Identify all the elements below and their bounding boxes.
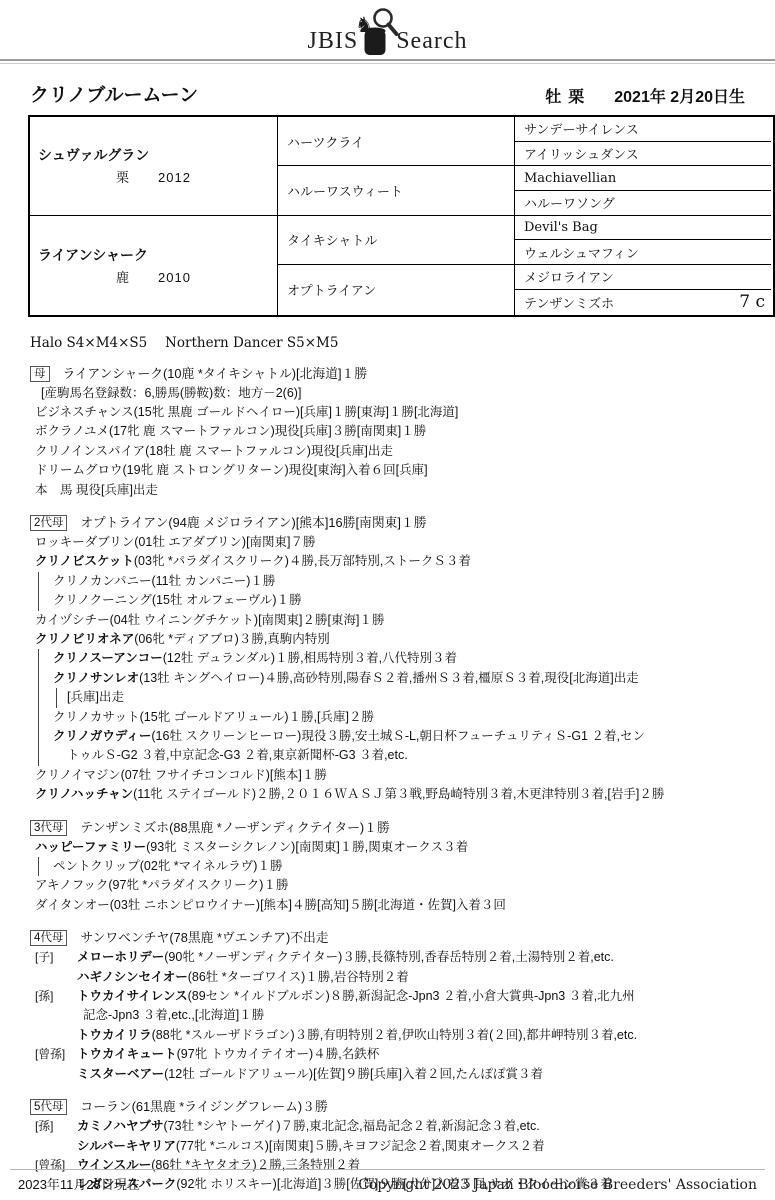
horse-name-bold: シルバーキヤリア [77,1139,176,1153]
line-text: (89セン *イルドブルボン)８勝,新潟記念-Jpn3 ２着,小倉大賞典-Jpn… [188,989,635,1003]
tree-branch-bar [38,669,39,688]
pedigree-cell-sire-sire: ハーツクライ [278,117,515,166]
pedigree-table: シュヴァルグラン 栗 2012 ハーツクライ サンデーサイレンス アイリッシュダ… [28,115,775,317]
horse-name-bold: クリノスーアンコー [53,651,163,665]
horse-birthdate: 2021年 2月20日生 [614,84,745,107]
family-line: [曾孫]トウカイキュート(97牝 トウカイテイオー)４勝,名鉄杯 [30,1045,750,1064]
pedigree-cell: ハルーワソング [515,191,771,216]
relation-label: [孫] [35,987,77,1006]
line-text: ダイタンオー(03牡 ニホンピロウイナー)[熊本]４勝[高知]５勝[北海道・佐賀… [35,898,506,912]
line-text: (06牝 *ディアブロ)３勝,真駒内特別 [134,632,330,646]
jbis-logo-horse-magnifier-icon: ♞ [354,7,400,59]
line-text: カイヅシチー(04牡 ウイニングチケット)[南関東]２勝[東海]１勝 [35,613,384,627]
section-head: 2代母オプトライアン(94鹿 メジロライアン)[熊本]16勝[南関東]１勝 [30,513,750,533]
ancestor-name-line: ライアンシャーク(10鹿 *タイキシャトル)[北海道]１勝 [63,366,368,381]
line-text: 本 馬 現役[兵庫]出走 [35,483,158,497]
section-head: 3代母テンザンミズホ(88黒鹿 *ノーザンディクテイター)１勝 [30,818,750,838]
line-text: 記念-Jpn3 ３着,etc.,[北海道]１勝 [83,1008,264,1022]
line-text: (77牝 *ニルコス)[南関東]５勝,キヨフジ記念２着,関東オークス２着 [176,1139,545,1153]
horse-name-bold: クリノサンレオ [53,671,139,685]
family-line: クリノガウディー(16牡 スクリーンヒーロー)現役３勝,安土城Ｓ-L,朝日杯フュ… [30,727,750,746]
pedigree-sire-cell: シュヴァルグラン 栗 2012 [30,117,278,216]
family-line: トゥルＳ-G2 ３着,中京記念-G3 ２着,東京新聞杯-G3 ３着,etc. [30,746,750,765]
footer-divider [10,1169,765,1170]
tree-branch-bar [38,572,39,591]
pedigree-cell-family-number: テンザンミズホ 7 c [515,290,771,315]
tree-branch-bar [56,688,57,707]
tree-branch-bar [38,591,39,610]
line-text: ボクラノユメ(17牝 鹿 スマートファルコン)現役[兵庫]３勝[南関東]１勝 [35,424,426,438]
family-line: [孫]トウカイサイレンス(89セン *イルドブルボン)８勝,新潟記念-Jpn3 … [30,987,750,1006]
horse-name-bold: トウカイサイレンス [77,989,188,1003]
family-line: カイヅシチー(04牡 ウイニングチケット)[南関東]２勝[東海]１勝 [30,611,750,630]
line-text: (97牝 トウカイテイオー)４勝,名鉄杯 [177,1047,380,1061]
line-text: (86牡 *ターゴワイス)１勝,岩谷特別２着 [188,970,409,984]
line-text: ドリームグロウ(19牝 鹿 ストロングリターン)現役[東海]入着６回[兵庫] [35,463,428,477]
pedigree-dam-cell: ライアンシャーク 鹿 2010 [30,216,278,315]
relation-label: [曾孫] [35,1156,77,1175]
family-line: クリノカンパニー(11牡 カンパニー)１勝 [30,572,750,591]
family-line: [曾孫]ウインスルー(86牡 *キヤタオラ)２勝,三条特別２着 [30,1156,750,1175]
sire-name: シュヴァルグラン [30,145,277,165]
horse-name-bold: クリノビリオネア [35,632,134,646]
line-text: クリノクーニング(15牡 オルフェーヴル)１勝 [53,593,302,607]
header-divider [0,59,775,64]
pedigree-cell: Devil's Bag [515,216,771,241]
family-line: 本 馬 現役[兵庫]出走 [30,481,750,500]
line-text: ロッキーダブリン(01牡 エアダブリン)[南関東]７勝 [35,535,316,549]
horse-name-bold: カミノハヤブサ [77,1119,164,1133]
horse-coat: 栗 [568,84,584,107]
relation-label: [曾孫] [35,1045,77,1064]
horse-name-bold: トウカイリラ [77,1028,152,1042]
horse-name-bold: クリノガウディー [53,729,151,743]
line-text: (16牡 スクリーンヒーロー)現役３勝,安土城Ｓ-L,朝日杯フューチュリティＳ-… [151,729,645,743]
horse-name-bold: ハッピーファミリー [35,840,146,854]
footer-as-of-date: 2023年11月28日現在 [18,1174,140,1193]
family-section: 3代母テンザンミズホ(88黒鹿 *ノーザンディクテイター)１勝ハッピーファミリー… [30,818,750,916]
line-text: (73牡 *シヤトーゲイ)７勝,東北記念,福島記念２着,新潟記念３着,etc. [164,1119,540,1133]
jbis-logo: JBIS ♞ Search [0,0,775,57]
dam-coat-year: 鹿 2010 [30,267,277,286]
generation-label: 5代母 [30,1099,67,1115]
line-text: [産駒馬名登録数：6,勝馬(勝鞍)数：地方－2(6)] [41,386,301,400]
pedigree-cell: サンデーサイレンス [515,117,771,142]
tree-branch-bar [38,746,39,765]
relation-label: [孫] [35,1117,77,1136]
family-line: クリノハッチャン(11牝 ステイゴールド)２勝,２０１６ＷＡＳＪ第３戦,野島崎特… [30,785,750,804]
family-line: クリノクーニング(15牡 オルフェーヴル)１勝 [30,591,750,610]
tree-branch-bar [38,727,39,746]
family-section: 4代母サンワベンチヤ(78黒鹿 *ヴエンチア)不出走[子]メローホリデー(90牝… [30,928,750,1084]
ancestor-name-line: テンザンミズホ(88黒鹿 *ノーザンディクテイター)１勝 [80,820,389,835]
horse-name-bold: トウカイキュート [77,1047,177,1061]
family-line: ミスターベアー(12牡 ゴールドアリュール)[佐賀]９勝[兵庫]入着２回,たんぽ… [30,1065,750,1084]
pedigree-cell-dam-dam: オプトライアン [278,265,515,314]
line-text: クリノカンパニー(11牡 カンパニー)１勝 [53,574,275,588]
horse-name-bold: クリノビスケット [35,554,134,568]
generation-label: 母 [30,366,50,382]
generation-label: 4代母 [30,930,67,946]
family-line: クリノイマジン(07牡 フサイチコンコルド)[熊本]１勝 [30,766,750,785]
page-title-horse-name: クリノブルームーン [30,80,198,107]
pedigree-cell: アイリッシュダンス [515,142,771,167]
generation-label: 2代母 [30,515,67,531]
family-line: ビジネスチャンス(15牝 黒鹿 ゴールドヘイロー)[兵庫]１勝[東海]１勝[北海… [30,403,750,422]
family-line: ボクラノユメ(17牝 鹿 スマートファルコン)現役[兵庫]３勝[南関東]１勝 [30,422,750,441]
family-line: クリノインスパイア(18牡 鹿 スマートファルコン)現役[兵庫]出走 [30,442,750,461]
family-line: クリノビリオネア(06牝 *ディアブロ)３勝,真駒内特別 [30,630,750,649]
family-line: クリノサンレオ(13牡 キングヘイロー)４勝,高砂特別,陽春Ｓ２着,播州Ｓ３着,… [30,669,750,688]
line-text: (88牝 *スルーザドラゴン)３勝,有明特別２着,伊吹山特別３着(２回),都井岬… [152,1028,637,1042]
family-line: ドリームグロウ(19牝 鹿 ストロングリターン)現役[東海]入着６回[兵庫] [30,461,750,480]
horse-profile: 牡 栗 2021年 2月20日生 [545,84,745,107]
family-line: シルバーキヤリア(77牝 *ニルコス)[南関東]５勝,キヨフジ記念２着,関東オー… [30,1137,750,1156]
line-text: アキノフック(97牝 *パラダイスクリーク)１勝 [35,878,288,892]
line-text: (93牝 ミスターシクレノン)[南関東]１勝,関東オークス３着 [146,840,468,854]
family-line: クリノビスケット(03牝 *パラダイスクリーク)４勝,長万部特別,ストークＳ３着 [30,552,750,571]
pedigree-cell: ウェルシュマフィン [515,240,771,265]
inbreeding-line: Halo S4×M4×S5 Northern Dancer S5×M5 [30,331,745,351]
family-line: ペントクリップ(02牝 *マイネルラヴ)１勝 [30,857,750,876]
family-number: 7 c [739,292,765,312]
ancestor-name-line: オプトライアン(94鹿 メジロライアン)[熊本]16勝[南関東]１勝 [80,515,426,530]
pedigree-cell-sire-dam: ハルーワスウィート [278,166,515,215]
family-line: ハッピーファミリー(93牝 ミスターシクレノン)[南関東]１勝,関東オークス３着 [30,838,750,857]
tree-branch-bar [38,688,39,707]
family-line: [孫]カミノハヤブサ(73牡 *シヤトーゲイ)７勝,東北記念,福島記念２着,新潟… [30,1117,750,1136]
family-sections: 母ライアンシャーク(10鹿 *タイキシャトル)[北海道]１勝[産駒馬名登録数：6… [30,364,750,1195]
family-line: クリノスーアンコー(12牡 デュランダル)１勝,相馬特別３着,八代特別３着 [30,649,750,668]
horse-name-bold: クリノハッチャン [35,787,133,801]
family-section: 母ライアンシャーク(10鹿 *タイキシャトル)[北海道]１勝[産駒馬名登録数：6… [30,364,750,500]
pedigree-cell: Machiavellian [515,166,771,191]
family-line: トウカイリラ(88牝 *スルーザドラゴン)３勝,有明特別２着,伊吹山特別３着(２… [30,1026,750,1045]
tree-branch-bar [38,708,39,727]
line-text: (90牝 *ノーザンディクテイター)３勝,長篠特別,香春岳特別２着,土湯特別２着… [164,950,614,964]
sire-coat-year: 栗 2012 [30,167,277,186]
footer-copyright: Copyright 2023 Japan Bloodhorse Breeders… [358,1177,757,1193]
line-text: (12牡 デュランダル)１勝,相馬特別３着,八代特別３着 [163,651,457,665]
jbis-logo-text-right: Search [396,29,467,57]
family-line: アキノフック(97牝 *パラダイスクリーク)１勝 [30,876,750,895]
line-text: ビジネスチャンス(15牝 黒鹿 ゴールドヘイロー)[兵庫]１勝[東海]１勝[北海… [35,405,458,419]
ancestor-name-line: サンワベンチヤ(78黒鹿 *ヴエンチア)不出走 [80,930,328,945]
section-head: 母ライアンシャーク(10鹿 *タイキシャトル)[北海道]１勝 [30,364,750,384]
tree-branch-bar [38,649,39,668]
family-line: [産駒馬名登録数：6,勝馬(勝鞍)数：地方－2(6)] [30,384,750,403]
family-line: ロッキーダブリン(01牡 エアダブリン)[南関東]７勝 [30,533,750,552]
horse-name-bold: ミスターベアー [77,1067,164,1081]
family-line: ハギノシンセイオー(86牡 *ターゴワイス)１勝,岩谷特別２着 [30,968,750,987]
footer: 2023年11月28日現在 Copyright 2023 Japan Blood… [18,1174,757,1193]
tree-branch-bar [38,857,39,876]
line-text: (11牝 ステイゴールド)２勝,２０１６ＷＡＳＪ第３戦,野島崎特別３着,木更津特… [133,787,664,801]
family-line: [兵庫]出走 [30,688,750,707]
line-text: (13牡 キングヘイロー)４勝,高砂特別,陽春Ｓ２着,播州Ｓ３着,橿原Ｓ３着,現… [139,671,639,685]
line-text: (12牡 ゴールドアリュール)[佐賀]９勝[兵庫]入着２回,たんぽぽ賞３着 [164,1067,543,1081]
jbis-logo-text-left: JBIS [308,29,359,57]
ancestor-name-line: コーラン(61黒鹿 *ライジングフレーム)３勝 [80,1099,327,1114]
horse-name-bold: メローホリデー [77,950,164,964]
generation-label: 3代母 [30,820,67,836]
horse-name-bold: ハギノシンセイオー [77,970,188,984]
line-text: ペントクリップ(02牝 *マイネルラヴ)１勝 [53,859,282,873]
horse-sex: 牡 [545,84,561,107]
line-text: クリノカサット(15牝 ゴールドアリュール)１勝,[兵庫]２勝 [53,710,374,724]
family-line: クリノカサット(15牝 ゴールドアリュール)１勝,[兵庫]２勝 [30,708,750,727]
relation-label: [子] [35,948,77,967]
pedigree-cell: メジロライアン [515,265,771,290]
line-text: トゥルＳ-G2 ３着,中京記念-G3 ２着,東京新聞杯-G3 ３着,etc. [67,748,408,762]
title-row: クリノブルームーン 牡 栗 2021年 2月20日生 [30,80,745,107]
line-text: クリノイマジン(07牡 フサイチコンコルド)[熊本]１勝 [35,768,327,782]
family-section: 2代母オプトライアン(94鹿 メジロライアン)[熊本]16勝[南関東]１勝ロッキ… [30,513,750,805]
line-text: クリノインスパイア(18牡 鹿 スマートファルコン)現役[兵庫]出走 [35,444,393,458]
family-line: 記念-Jpn3 ３着,etc.,[北海道]１勝 [30,1006,750,1025]
family-line: ダイタンオー(03牡 ニホンピロウイナー)[熊本]４勝[高知]５勝[北海道・佐賀… [30,896,750,915]
line-text: (03牝 *パラダイスクリーク)４勝,長万部特別,ストークＳ３着 [134,554,471,568]
family-line: [子]メローホリデー(90牝 *ノーザンディクテイター)３勝,長篠特別,香春岳特… [30,948,750,967]
pedigree-cell-dam-sire: タイキシャトル [278,216,515,265]
line-text: [兵庫]出走 [67,690,124,704]
section-head: 5代母コーラン(61黒鹿 *ライジングフレーム)３勝 [30,1097,750,1117]
section-head: 4代母サンワベンチヤ(78黒鹿 *ヴエンチア)不出走 [30,928,750,948]
dam-name: ライアンシャーク [30,245,277,265]
